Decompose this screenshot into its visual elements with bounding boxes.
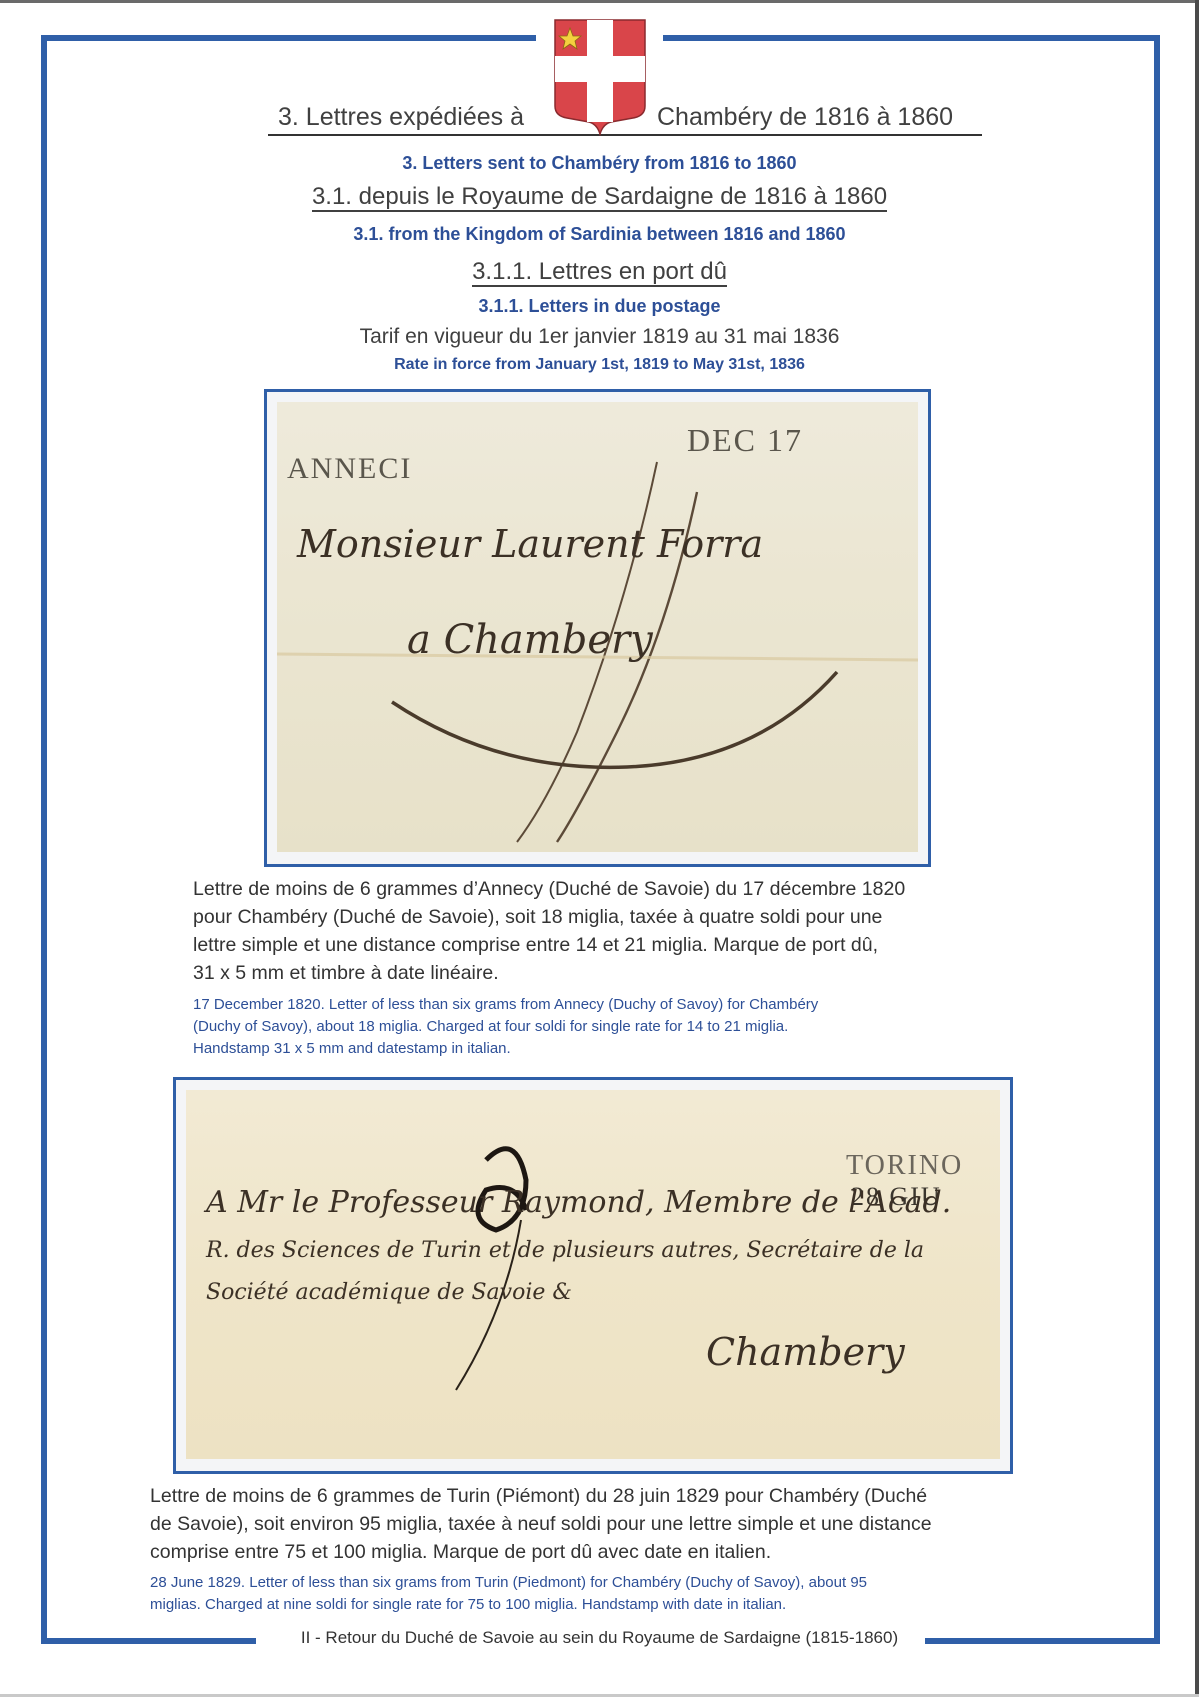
letter-2-handwriting: [186, 1090, 1000, 1459]
subsection-heading-english: 3.1.1. Letters in due postage: [0, 296, 1199, 317]
section-heading: 3.1. depuis le Royaume de Sardaigne de 1…: [0, 183, 1199, 211]
desc-line: de Savoie), soit environ 95 miglia, taxé…: [150, 1510, 1050, 1538]
address-line-2: R. des Sciences de Turin et de plusieurs…: [206, 1238, 924, 1263]
title-right: Chambéry de 1816 à 1860: [657, 103, 953, 132]
letter-2-description-fr: Lettre de moins de 6 grammes de Turin (P…: [150, 1482, 1050, 1566]
desc-line: 17 December 1820. Letter of less than si…: [193, 994, 1013, 1016]
desc-line: Handstamp 31 x 5 mm and datestamp in ita…: [193, 1038, 1013, 1060]
address-line-1: A Mr le Professeur Raymond, Membre de l'…: [206, 1185, 951, 1220]
desc-line: (Duchy of Savoy), about 18 miglia. Charg…: [193, 1016, 1013, 1038]
address-line-2: a Chambery: [407, 617, 653, 663]
subsection-heading-text: 3.1.1. Lettres en port dû: [472, 258, 727, 287]
subsection-heading: 3.1.1. Lettres en port dû: [0, 258, 1199, 286]
address-line-1: Monsieur Laurent Forra: [297, 522, 763, 566]
section-heading-english: 3.1. from the Kingdom of Sardinia betwee…: [0, 224, 1199, 245]
postmark-town: TORINO: [846, 1150, 963, 1182]
title-english: 3. Letters sent to Chambéry from 1816 to…: [0, 153, 1199, 174]
scan-edge-top: [0, 0, 1199, 3]
letter-2-description-en: 28 June 1829. Letter of less than six gr…: [150, 1572, 1050, 1616]
desc-line: lettre simple et une distance comprise e…: [193, 931, 1013, 959]
address-line-3: Société académique de Savoie &: [206, 1280, 572, 1305]
letter-1-image: ANNECI DEC 17 Monsieur Laurent Forra a C…: [264, 389, 931, 867]
desc-line: miglias. Charged at nine soldi for singl…: [150, 1594, 1050, 1616]
address-line-4: Chambery: [706, 1330, 905, 1374]
letter-2-image: TORINO 28 GIU A Mr le Professeur Raymond…: [173, 1077, 1013, 1474]
rate-period-english: Rate in force from January 1st, 1819 to …: [0, 356, 1199, 374]
desc-line: Lettre de moins de 6 grammes de Turin (P…: [150, 1482, 1050, 1510]
postmark-date: DEC 17: [687, 422, 803, 459]
letter-1-description-fr: Lettre de moins de 6 grammes d’Annecy (D…: [193, 875, 1013, 987]
page-footer: II - Retour du Duché de Savoie au sein d…: [0, 1628, 1199, 1648]
desc-line: 28 June 1829. Letter of less than six gr…: [150, 1572, 1050, 1594]
scan-edge-right: [1195, 0, 1199, 1697]
rate-period: Tarif en vigueur du 1er janvier 1819 au …: [0, 325, 1199, 349]
page-frame-top-left: [41, 35, 536, 41]
letter-1-description-en: 17 December 1820. Letter of less than si…: [193, 994, 1013, 1060]
letter-1-paper: ANNECI DEC 17 Monsieur Laurent Forra a C…: [277, 402, 918, 852]
letter-2-paper: TORINO 28 GIU A Mr le Professeur Raymond…: [186, 1090, 1000, 1459]
desc-line: comprise entre 75 et 100 miglia. Marque …: [150, 1538, 1050, 1566]
desc-line: Lettre de moins de 6 grammes d’Annecy (D…: [193, 875, 1013, 903]
savoy-coat-of-arms-icon: [553, 18, 647, 136]
title-left: 3. Lettres expédiées à: [278, 103, 524, 132]
section-heading-text: 3.1. depuis le Royaume de Sardaigne de 1…: [312, 183, 887, 212]
page-frame-top-right: [663, 35, 1160, 41]
desc-line: pour Chambéry (Duché de Savoie), soit 18…: [193, 903, 1013, 931]
postmark-town: ANNECI: [287, 452, 412, 486]
desc-line: 31 x 5 mm et timbre à date linéaire.: [193, 959, 1013, 987]
